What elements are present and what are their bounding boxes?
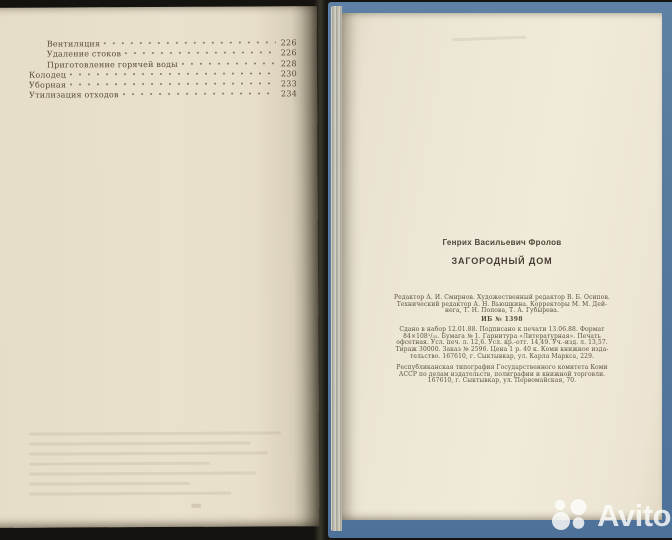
toc-entry-page: 226 [279, 38, 297, 47]
toc-entry-page: 233 [279, 79, 297, 88]
ib-number: ИБ № 1398 [392, 316, 612, 323]
toc-entry-page: 228 [279, 59, 297, 68]
toc-entry-label: Приготовление горячей воды [47, 59, 178, 69]
toc-dot-leader [69, 68, 276, 77]
avito-watermark: Avito [550, 496, 671, 536]
print-details-line: тельство. 167610, г. Сыктывкар, ул. Карл… [389, 354, 615, 361]
printer-line: 167610, г. Сыктывкар, ул. Первомайская, … [389, 378, 615, 385]
print-details-block: Сдано в набор 12.01.88. Подписано к печа… [389, 327, 615, 361]
colophon-author: Генрих Васильевич Фролов [392, 238, 612, 247]
editors-block: Редактор А. И. Смирнов. Художественный р… [389, 295, 615, 315]
toc-entry-label: Колодец [29, 70, 66, 79]
toc-entry-label: Уборная [29, 81, 66, 90]
toc-entry-label: Вентиляция [47, 39, 100, 48]
left-page: Вентиляция 226 Удаление стоков 226 Приго… [0, 6, 319, 528]
toc-dot-leader [124, 48, 276, 57]
toc-dot-leader [181, 58, 276, 66]
page-edges-stack [331, 6, 342, 531]
printer-block: Республиканская типография Государственн… [389, 365, 615, 385]
show-through-page-number [191, 504, 201, 508]
toc-entry-label: Удаление стоков [47, 49, 121, 58]
editors-line: нега, Т. Н. Попова, Т. А. Губырева. [389, 308, 615, 315]
toc-list: Вентиляция 226 Удаление стоков 226 Приго… [29, 37, 297, 100]
toc-entry-page: 226 [279, 49, 297, 58]
avito-logo-icon [550, 496, 594, 536]
toc-dot-leader [122, 89, 276, 98]
toc-entry-page: 230 [279, 69, 297, 78]
toc-dot-leader [103, 37, 276, 46]
toc-entry-page: 234 [279, 90, 297, 99]
right-page [342, 13, 662, 520]
toc-entry: Утилизация отходов 234 [29, 89, 297, 101]
avito-wordmark: Avito [597, 498, 671, 534]
book-photo: Вентиляция 226 Удаление стоков 226 Приго… [0, 0, 672, 540]
show-through-text [29, 431, 281, 502]
toc-entry-label: Утилизация отходов [29, 91, 119, 100]
toc-dot-leader [69, 79, 276, 88]
colophon-book-title: ЗАГОРОДНЫЙ ДОМ [392, 256, 612, 266]
